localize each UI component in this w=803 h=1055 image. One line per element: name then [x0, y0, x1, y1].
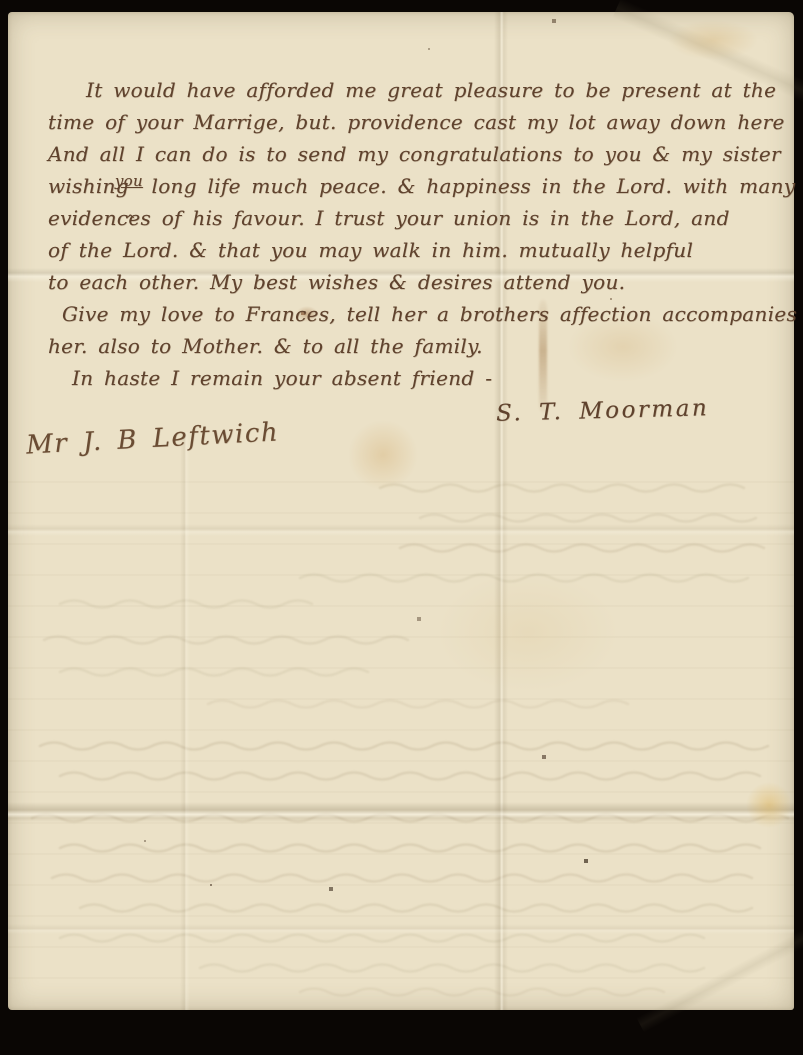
letter-line-5: evidences of his favour. I trust your un…: [48, 202, 780, 234]
letter-line-2: time of your Marrige, but. providence ca…: [48, 106, 780, 138]
letter-line-6: of the Lord. & that you may walk in him.…: [48, 234, 780, 266]
inserted-word: you: [115, 174, 143, 189]
stain: [668, 20, 758, 60]
letter-line-3: And all I can do is to send my congratul…: [48, 138, 780, 170]
letter-line-8: Give my love to Frances, tell her a brot…: [62, 298, 780, 330]
letter-page: It would have afforded me great pleasure…: [8, 12, 794, 1010]
letter-body: It would have afforded me great pleasure…: [48, 74, 780, 394]
fold-crease-vertical-left: [180, 432, 190, 1010]
letter-line-4: wishingyou^ long life much peace. & happ…: [48, 170, 780, 202]
paper-texture-lines: [8, 452, 794, 1000]
letter-line-7: to each other. My best wishes & desires …: [48, 266, 780, 298]
letter-line-9: her. also to Mother. & to all the family…: [48, 330, 780, 362]
fold-crease-horizontal-4: [8, 924, 794, 934]
letter-line-10: In haste I remain your absent friend -: [72, 362, 780, 394]
signature: S. T. Moorman: [496, 395, 710, 427]
addressee-name: Mr J. B Leftwich: [25, 417, 279, 460]
ink-specks: [8, 12, 10, 14]
fold-crease-horizontal-3: [8, 802, 794, 822]
letter-line-1: It would have afforded me great pleasure…: [86, 74, 780, 106]
stain: [746, 782, 792, 828]
scan-background: { "document": { "kind": "handwritten let…: [0, 0, 803, 1024]
stain: [438, 572, 618, 692]
stain: [348, 420, 418, 490]
corner-crease-bottom-right: [623, 899, 803, 1024]
fold-crease-horizontal-2: [8, 524, 794, 536]
insertion-caret: ^: [125, 214, 136, 227]
